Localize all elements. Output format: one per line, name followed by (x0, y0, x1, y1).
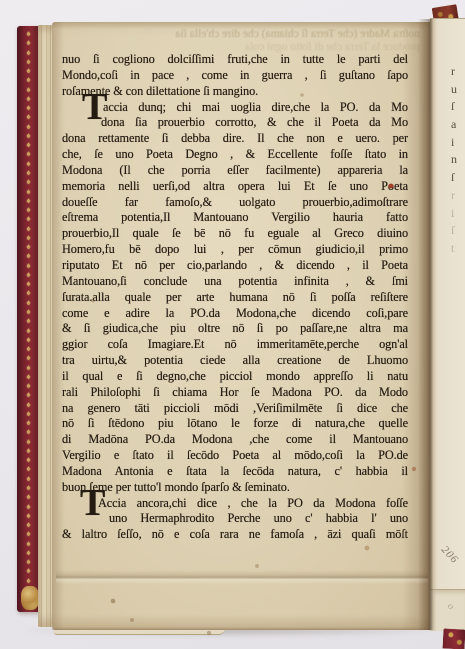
gold-tooling-motif: ♠ (27, 549, 31, 557)
cutoff-letter: ſ (451, 222, 465, 240)
binding-fragment-bottom (442, 628, 465, 649)
gold-tooling-motif: ♠ (27, 429, 31, 437)
gold-tooling-motif: ♠ (27, 475, 31, 483)
text-line: eſtrema potentia,Il Mantouano Vergilio h… (62, 210, 408, 226)
gold-tooling-motif: ♠ (27, 216, 31, 224)
gold-tooling-motif: ♠ (27, 364, 31, 372)
cutoff-letter: a (451, 116, 465, 134)
page-bottom-edge (52, 627, 432, 630)
text-line: & laltro ſeſſo, nō e coſa rara ne famoſa… (62, 527, 408, 543)
text-line: Accia ancora,chi dice , che la PO da Mod… (62, 496, 408, 512)
page-fold-crease (56, 570, 428, 584)
gold-tooling-motif: ♠ (27, 577, 31, 585)
cutoff-letter: t (451, 240, 465, 258)
gold-tooling-motif: ♠ (27, 179, 31, 187)
gold-tooling-motif: ♠ (27, 401, 31, 409)
gold-tooling-motif: ♠ (27, 114, 31, 122)
gold-tooling-motif: ♠ (27, 299, 31, 307)
text-line: dona rettamente ſi debba dire. Il che no… (62, 131, 408, 147)
text-line: che, ſe uno Poeta Degno , & Eccellente f… (62, 147, 408, 163)
gold-tooling-motif: ♠ (27, 512, 31, 520)
text-line: accia dunq; chi mai uoglia dire,che la P… (62, 100, 408, 116)
gold-tooling-motif: ♠ (27, 160, 31, 168)
gold-tooling-motif: ♠ (27, 308, 31, 316)
gold-tooling-motif: ♠ (27, 225, 31, 233)
gold-tooling-motif: ♠ (27, 49, 31, 57)
gold-tooling-motif: ♠ (27, 531, 31, 539)
cutoff-letter: r (451, 187, 465, 205)
cutoff-letter: i (451, 205, 465, 223)
cutoff-letter: u (451, 81, 465, 99)
gold-tooling-motif: ♠ (27, 438, 31, 446)
gold-tooling-motif: ♠ (27, 132, 31, 140)
gold-tooling-motif: ♠ (27, 503, 31, 511)
gold-tooling-motif: ♠ (27, 77, 31, 85)
text-line: dona ſia prouerbio corrotto, & che il Po… (62, 115, 408, 131)
text-line: ſurata.alla quale per arte humana nō ſi … (62, 290, 408, 306)
gold-tooling-motif: ♠ (27, 355, 31, 363)
dropcap-initial-1: T (82, 92, 107, 122)
letterpress-text-block: nuo ſi cogliono dolciſſimi fruti,che in … (62, 52, 408, 543)
foxing-spots (0, 0, 2, 2)
text-line: uno Hermaphrodito Perche uno c' habbia l… (62, 511, 408, 527)
cutoff-letter: n (451, 151, 465, 169)
cutoff-letter: i (451, 134, 465, 152)
text-line: rali Philoſophi ſi chiama Hor ſe Madona … (62, 385, 408, 401)
gold-tooling-motif: ♠ (27, 568, 31, 576)
text-line: il qual e ſi degno,che picciol mondo app… (62, 369, 408, 385)
text-line: prouerbio,Il quale ſe bē nō fu eguale al… (62, 226, 408, 242)
gold-tooling-motif: ♠ (27, 494, 31, 502)
cutoff-letter: r (451, 63, 465, 81)
gold-tooling-motif: ♠ (27, 40, 31, 48)
gold-tooling-motif: ♠ (27, 447, 31, 455)
text-line: memoria nelli uerſi,od altra opera lui E… (62, 179, 408, 195)
gutter-shadow (418, 19, 436, 630)
gold-tooling-motif: ♠ (27, 392, 31, 400)
text-line: di Madōna PO.da Modona ,che come il Mant… (62, 432, 408, 448)
text-line: ggior coſa Imagiare.Et nō immeritamēte,p… (62, 337, 408, 353)
text-line: come e adire la PO.da Modona,che dicendo… (62, 306, 408, 322)
book-spine: ♠♠♠♠♠♠♠♠♠♠♠♠♠♠♠♠♠♠♠♠♠♠♠♠♠♠♠♠♠♠♠♠♠♠♠♠♠♠♠♠… (17, 26, 40, 612)
gold-tooling-motif: ♠ (27, 188, 31, 196)
gold-tooling-motif: ♠ (27, 234, 31, 242)
gold-tooling-motif: ♠ (27, 151, 31, 159)
gold-tooling-motif: ♠ (27, 410, 31, 418)
text-line: Mantouano,ſi conclude una potentia infin… (62, 274, 408, 290)
text-line: Homero,fu bē dopo lui , per cōmun giudic… (62, 242, 408, 258)
text-line: Vergilio e ſtato il ſecōdo Poeta al mōdo… (62, 448, 408, 464)
gold-tooling-motif: ♠ (27, 373, 31, 381)
dropcap-initial-2: T (80, 488, 105, 518)
gold-tooling-motif: ♠ (27, 271, 31, 279)
text-line: riputato Et nō per cio,parlando , & dice… (62, 258, 408, 274)
gold-tooling-motif: ♠ (27, 58, 31, 66)
gold-tooling-motif: ♠ (27, 466, 31, 474)
gold-tooling-motif: ♠ (27, 327, 31, 335)
cutoff-letter: ſ (451, 98, 465, 116)
gold-tooling-motif: ♠ (27, 318, 31, 326)
text-line: doueſſe far famoſo,& uolgato prouerbio,a… (62, 195, 408, 211)
gold-tooling-motif: ♠ (27, 290, 31, 298)
text-line: & ſi giudica,che piu oltre nō ſi po paſſ… (62, 321, 408, 337)
gold-tooling-motif: ♠ (27, 169, 31, 177)
gold-tooling-motif: ♠ (27, 86, 31, 94)
book-photo: ♠♠♠♠♠♠♠♠♠♠♠♠♠♠♠♠♠♠♠♠♠♠♠♠♠♠♠♠♠♠♠♠♠♠♠♠♠♠♠♠… (0, 0, 465, 649)
gold-tooling-motif: ♠ (27, 123, 31, 131)
text-line: tra uirtu,& potentia ciede alla creation… (62, 353, 408, 369)
gold-tooling-motif: ♠ (27, 95, 31, 103)
spine-gold-tooling-pattern: ♠♠♠♠♠♠♠♠♠♠♠♠♠♠♠♠♠♠♠♠♠♠♠♠♠♠♠♠♠♠♠♠♠♠♠♠♠♠♠♠… (21, 31, 36, 604)
gold-tooling-motif: ♠ (27, 540, 31, 548)
gold-tooling-motif: ♠ (27, 336, 31, 344)
gold-tooling-motif: ♠ (27, 197, 31, 205)
text-line: roſamente & con dilettatione ſi mangino. (62, 84, 408, 100)
gold-tooling-motif: ♠ (27, 30, 31, 38)
worn-gold-corner (21, 586, 39, 610)
gold-tooling-motif: ♠ (27, 262, 31, 270)
text-line: Modona (Il che porria eſſer facilmente) … (62, 163, 408, 179)
book-page: noſtra Madre (che Terra ſi chiama) che d… (52, 22, 432, 630)
text-line: nuo ſi cogliono dolciſſimi fruti,che in … (62, 52, 408, 68)
text-line: Mondo,coſi in pace , come in guerra , ſi… (62, 68, 408, 84)
cutoff-letter: ſ (451, 169, 465, 187)
verso-showthrough-text: noſtra Madre (che Terra ſi chiama) che d… (70, 28, 420, 54)
text-line: na genero tāti piccioli mōdi ,Veriſimilm… (62, 401, 408, 417)
showthrough-line: noſtra Madre (che Terra ſi chiama) che d… (70, 28, 420, 41)
facing-page-cutoff-letters: ruſainſriſt (451, 63, 465, 258)
text-line: Madona Antonia e ſtata la ſecōda natura,… (62, 464, 408, 480)
text-line: nō ſi ſtēdono piu lōtano le forze di nat… (62, 416, 408, 432)
handwritten-folio-number: 206 (439, 544, 461, 566)
text-line: buon ſeme per tutto'l mondo ſparſo & ſem… (62, 480, 408, 496)
gold-tooling-motif: ♠ (27, 253, 31, 261)
